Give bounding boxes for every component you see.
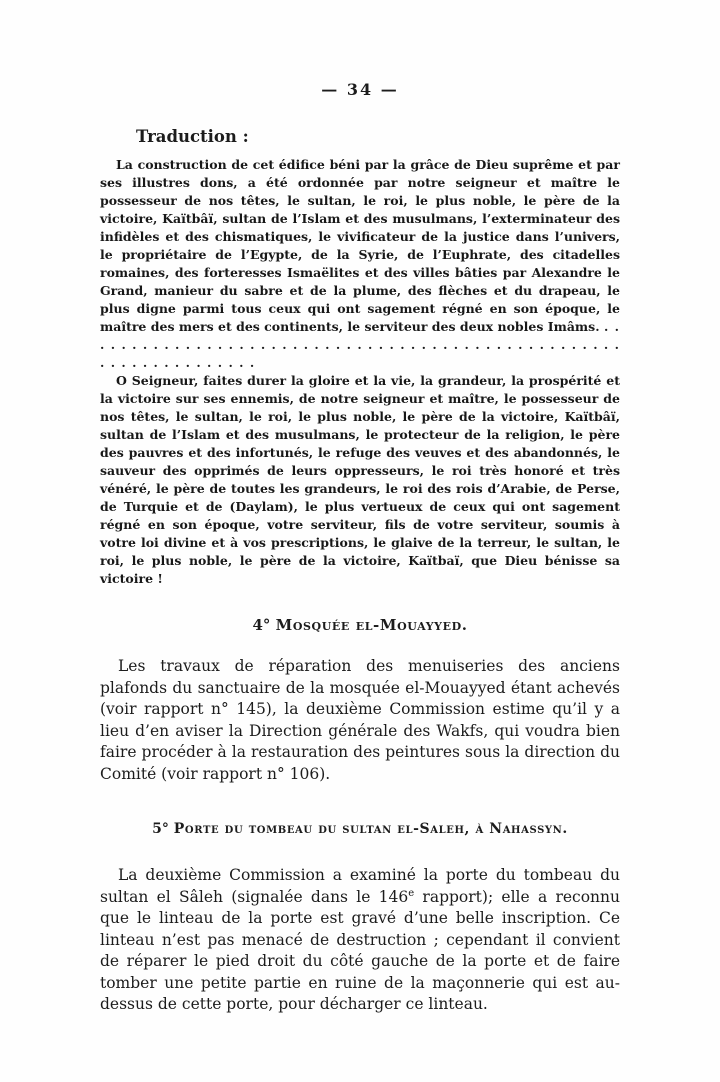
section-4-number: 4° bbox=[252, 616, 270, 634]
section-5-number: 5° bbox=[152, 821, 169, 837]
page-number: — 34 — bbox=[100, 80, 620, 99]
translation-heading: Traduction : bbox=[136, 127, 620, 146]
section-5-text-end: rapport); elle a reconnu que le linteau … bbox=[100, 888, 620, 1014]
section-4-title: Mosquée el-Mouayyed. bbox=[276, 616, 468, 634]
translation-paragraph-1-text: La construction de cet édifice béni par … bbox=[100, 157, 620, 334]
translation-paragraph-1: La construction de cet édifice béni par … bbox=[100, 156, 620, 372]
section-4-paragraph: Les travaux de réparation des menuiserie… bbox=[100, 656, 620, 785]
document-page: — 34 — Traduction : La construction de c… bbox=[0, 0, 720, 1082]
section-5-paragraph: La deuxième Commission a examiné la port… bbox=[100, 865, 620, 1016]
section-5-title: Porte du tombeau du sultan el-Saleh, à N… bbox=[174, 821, 568, 837]
translation-paragraph-2: O Seigneur, faites durer la gloire et la… bbox=[100, 372, 620, 588]
section-4-heading: 4° Mosquée el-Mouayyed. bbox=[100, 616, 620, 634]
section-5-heading: 5° Porte du tombeau du sultan el-Saleh, … bbox=[100, 821, 620, 837]
